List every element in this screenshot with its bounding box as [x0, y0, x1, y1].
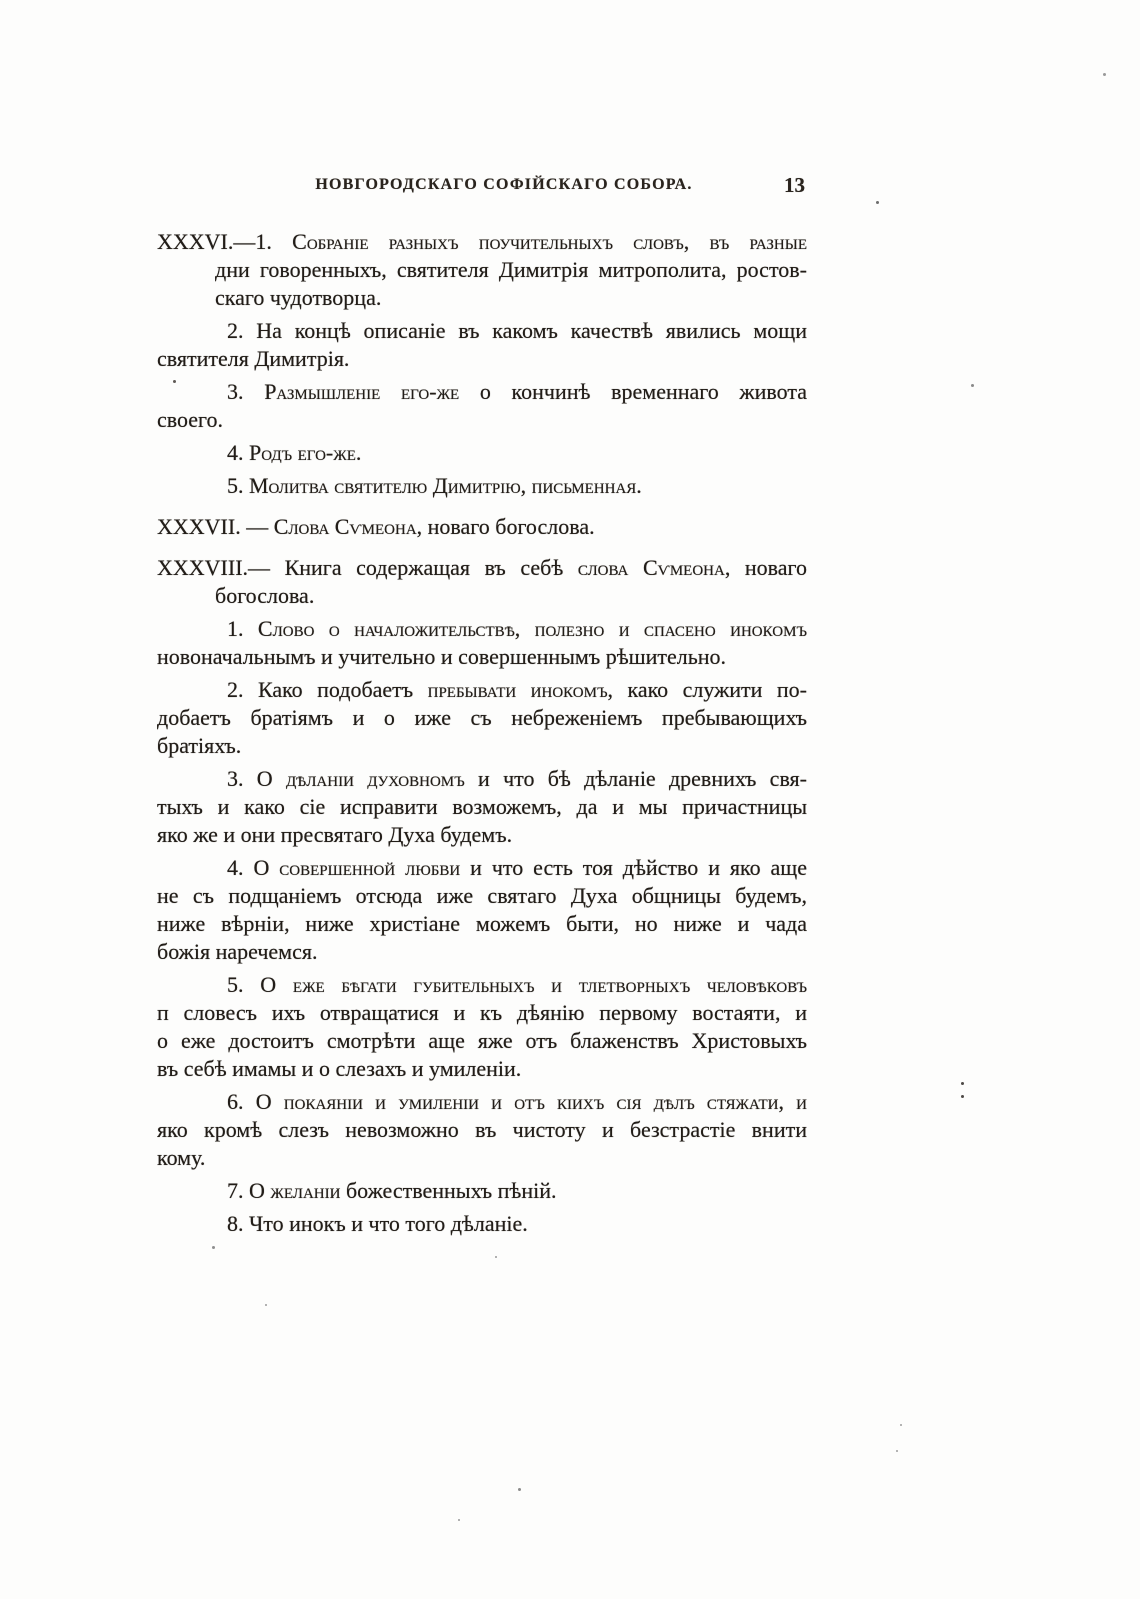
sub-item-paragraph: 3. О дѣланіи духовномъ и что бѣ дѣланіе …	[157, 765, 807, 849]
body-text: святителя Димитрія.	[157, 346, 349, 371]
scan-speck	[173, 380, 176, 383]
small-caps-text: слова Сѵмеона,	[578, 555, 730, 580]
body-text: новоначальнымъ и учительно и совершенным…	[157, 644, 726, 669]
text-line: 1. Слово о началожительствѣ, полезно и с…	[227, 615, 807, 643]
text-line: братіяхъ.	[157, 732, 807, 760]
sub-item-paragraph: 8. Что инокъ и что того дѣланіе.	[157, 1210, 807, 1238]
sub-item-paragraph: 1. Слово о началожительствѣ, полезно и с…	[157, 615, 807, 671]
body-text: ниже вѣрніи, ниже христіане можемъ быти,…	[157, 911, 807, 936]
body-text: яко кромѣ слезъ невозможно въ чистоту и …	[157, 1117, 807, 1142]
body-text: въ себѣ имамы и о слезахъ и умиленіи.	[157, 1056, 521, 1081]
body-text: п словесъ ихъ отвращатися и къ дѣянію пе…	[157, 1000, 807, 1025]
sub-item-paragraph: 7. О желаніи божественныхъ пѣній.	[157, 1177, 807, 1205]
body-text: , како служити по-	[608, 677, 807, 702]
text-line: 5. О еже бѣгати губительныхъ и тлетворны…	[227, 971, 807, 999]
page-header: НОВГОРОДСКАГО СОФІЙСКАГО СОБОРА. 13	[157, 176, 807, 206]
catalog-text-block: XXXVI.—1. Собраніе разныхъ поучительныхъ…	[157, 228, 807, 1238]
small-caps-text: О дѣланіи духовномъ	[257, 766, 465, 791]
body-text: 5.	[227, 972, 260, 997]
text-line: XXXVII. — Слова Сѵмеона, новаго богослов…	[157, 513, 807, 541]
text-line: кому.	[157, 1144, 807, 1172]
text-line: 4. Родъ его-же.	[227, 439, 807, 467]
running-title: НОВГОРОДСКАГО СОФІЙСКАГО СОБОРА.	[179, 176, 829, 194]
text-line: въ себѣ имамы и о слезахъ и умиленіи.	[157, 1055, 807, 1083]
small-caps-text: Молитва святителю Димитрію, письменная.	[249, 473, 642, 498]
text-line: о еже достоитъ смотрѣти аще яже отъ блаж…	[157, 1027, 807, 1055]
body-text: 1.	[227, 616, 258, 641]
small-caps-text: О еже бѣгати губительныхъ и тлетворныхъ …	[260, 972, 807, 997]
text-line: не съ подщаніемъ отсюда иже святаго Духа…	[157, 882, 807, 910]
body-text: 3.	[227, 766, 257, 791]
text-line: 5. Молитва святителю Димитрію, письменна…	[227, 472, 807, 500]
text-line: яко кромѣ слезъ невозможно въ чистоту и …	[157, 1116, 807, 1144]
body-text: о кончинѣ временнаго живота	[459, 379, 807, 404]
sub-item-paragraph: 4. О совершенной любви и что есть тоя дѣ…	[157, 854, 807, 966]
text-line: тыхъ и како сіе исправити возможемъ, да …	[157, 793, 807, 821]
small-caps-text: Собраніе разныхъ поучительныхъ словъ, въ…	[292, 229, 807, 254]
body-text: яко же и они пресвятаго Духа будемъ.	[157, 822, 512, 847]
entry-paragraph: XXXVI.—1. Собраніе разныхъ поучительныхъ…	[157, 228, 807, 312]
body-text: 3.	[227, 379, 264, 404]
sub-item-paragraph: 2. Како подобаетъ пребывати инокомъ, как…	[157, 676, 807, 760]
scan-speck	[971, 384, 974, 387]
scan-speck	[961, 1082, 964, 1085]
body-text: 6.	[227, 1089, 256, 1114]
sub-item-paragraph: 6. О покаяніи и умиленіи и отъ кіихъ сія…	[157, 1088, 807, 1172]
body-text: божественныхъ пѣній.	[340, 1178, 556, 1203]
body-text: 2. Како подобаетъ	[227, 677, 428, 702]
text-line: ниже вѣрніи, ниже христіане можемъ быти,…	[157, 910, 807, 938]
text-line: 7. О желаніи божественныхъ пѣній.	[227, 1177, 807, 1205]
scan-speck	[961, 1095, 964, 1098]
body-text: добаетъ братіямъ и о иже съ небреженіемъ…	[157, 705, 807, 730]
body-text: 5.	[227, 473, 249, 498]
scan-speck	[876, 201, 879, 204]
sub-item-paragraph: 4. Родъ его-же.	[157, 439, 807, 467]
body-text: и что бѣ дѣланіе древнихъ свя-	[465, 766, 807, 791]
text-line: богослова.	[215, 582, 807, 610]
page-number: 13	[784, 173, 805, 198]
small-caps-text: О совершенной любви	[253, 855, 460, 880]
text-line: XXXVIII.— Книга содержащая въ себѣ слова…	[157, 554, 807, 582]
text-line: 3. Размышленіе его-же о кончинѣ временна…	[227, 378, 807, 406]
body-text: скаго чудотворца.	[215, 285, 381, 310]
body-text: божія наречемся.	[157, 939, 317, 964]
body-text: тыхъ и како сіе исправити возможемъ, да …	[157, 794, 807, 819]
sub-item-paragraph: 5. Молитва святителю Димитрію, письменна…	[157, 472, 807, 500]
book-page: НОВГОРОДСКАГО СОФІЙСКАГО СОБОРА. 13 XXXV…	[0, 0, 1140, 1599]
text-line: 2. Како подобаетъ пребывати инокомъ, как…	[227, 676, 807, 704]
body-text: XXXVIII.— Книга содержащая въ себѣ	[157, 555, 578, 580]
body-text: братіяхъ.	[157, 733, 241, 758]
text-line: святителя Димитрія.	[157, 345, 807, 373]
text-line: 8. Что инокъ и что того дѣланіе.	[227, 1210, 807, 1238]
text-line: 4. О совершенной любви и что есть тоя дѣ…	[227, 854, 807, 882]
text-line: добаетъ братіямъ и о иже съ небреженіемъ…	[157, 704, 807, 732]
text-line: 6. О покаяніи и умиленіи и отъ кіихъ сія…	[227, 1088, 807, 1116]
body-text: новаго	[730, 555, 807, 580]
body-text: XXXVII. —	[157, 514, 274, 539]
small-caps-text: О желаніи	[249, 1178, 340, 1203]
body-text: своего.	[157, 407, 223, 432]
scan-speck	[265, 1304, 267, 1306]
body-text: 2. На концѣ описаніе въ какомъ качествѣ …	[227, 318, 807, 343]
body-text: не съ подщаніемъ отсюда иже святаго Духа…	[157, 883, 807, 908]
sub-item-paragraph: 5. О еже бѣгати губительныхъ и тлетворны…	[157, 971, 807, 1083]
text-line: скаго чудотворца.	[215, 284, 807, 312]
scan-speck	[900, 1424, 902, 1426]
text-line: своего.	[157, 406, 807, 434]
text-line: п словесъ ихъ отвращатися и къ дѣянію пе…	[157, 999, 807, 1027]
text-line: 2. На концѣ описаніе въ какомъ качествѣ …	[227, 317, 807, 345]
scan-speck	[458, 1519, 460, 1521]
body-text: новаго богослова.	[422, 514, 594, 539]
scan-speck	[495, 1256, 497, 1258]
text-line: XXXVI.—1. Собраніе разныхъ поучительныхъ…	[157, 228, 807, 256]
text-line: дни говоренныхъ, святителя Димитрія митр…	[215, 256, 807, 284]
small-caps-text: О покаяніи и умиленіи и отъ кіихъ сія дѣ…	[256, 1089, 807, 1114]
body-text: и что есть тоя дѣйство и яко аще	[460, 855, 807, 880]
entry-paragraph: XXXVIII.— Книга содержащая въ себѣ слова…	[157, 554, 807, 610]
text-line: новоначальнымъ и учительно и совершенным…	[157, 643, 807, 671]
small-caps-text: Размышленіе его-же	[264, 379, 459, 404]
small-caps-text: Родъ его-же.	[249, 440, 361, 465]
sub-item-paragraph: 2. На концѣ описаніе въ какомъ качествѣ …	[157, 317, 807, 373]
small-caps-text: пребывати инокомъ	[428, 677, 608, 702]
body-text: 8. Что инокъ и что того дѣланіе.	[227, 1211, 528, 1236]
body-text: 4.	[227, 440, 249, 465]
body-text: кому.	[157, 1145, 205, 1170]
body-text: 7.	[227, 1178, 249, 1203]
sub-item-paragraph: 3. Размышленіе его-же о кончинѣ временна…	[157, 378, 807, 434]
small-caps-text: Слова Сѵмеона,	[274, 514, 422, 539]
scan-speck	[1103, 73, 1106, 76]
body-text: дни говоренныхъ, святителя Димитрія митр…	[215, 257, 807, 282]
scan-speck	[212, 1246, 215, 1249]
scan-speck	[518, 1488, 521, 1491]
entry-paragraph: XXXVII. — Слова Сѵмеона, новаго богослов…	[157, 513, 807, 541]
body-text: XXXVI.—1.	[157, 229, 292, 254]
text-line: божія наречемся.	[157, 938, 807, 966]
small-caps-text: Слово о началожительствѣ, полезно и спас…	[258, 616, 807, 641]
body-text: 4.	[227, 855, 253, 880]
body-text: богослова.	[215, 583, 314, 608]
text-line: 3. О дѣланіи духовномъ и что бѣ дѣланіе …	[227, 765, 807, 793]
body-text: о еже достоитъ смотрѣти аще яже отъ блаж…	[157, 1028, 807, 1053]
text-line: яко же и они пресвятаго Духа будемъ.	[157, 821, 807, 849]
scan-speck	[896, 1450, 898, 1452]
